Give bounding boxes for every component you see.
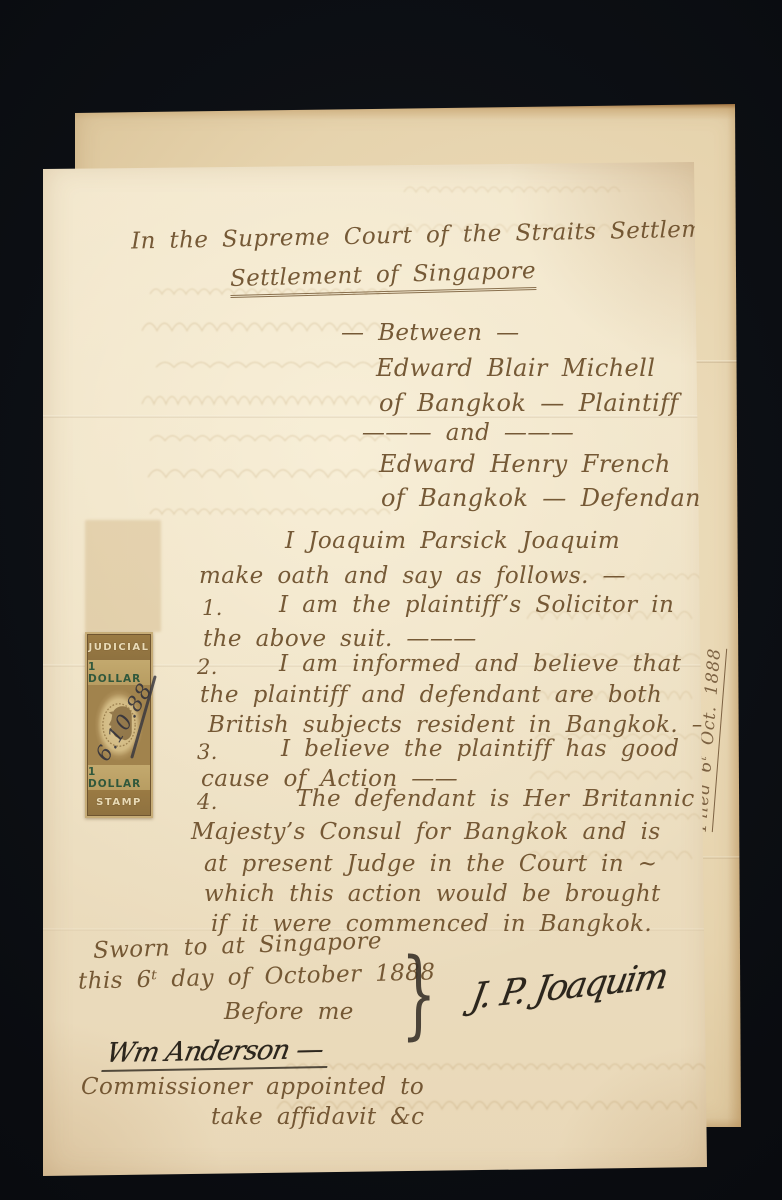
settlement-subtitle-text: Settlement of Singapore bbox=[230, 258, 537, 298]
commissioner-title-line-2: take affidavit &c bbox=[211, 1104, 424, 1130]
stamp-denomination-bottom: 1 DOLLAR bbox=[88, 765, 150, 790]
commissioner-signature: Wm Anderson — bbox=[101, 1034, 334, 1072]
clause-2-line-2: the plaintiff and defendant are both bbox=[200, 682, 662, 708]
clause-4-line-1: The defendant is Her Britannic bbox=[296, 786, 695, 812]
stain-mark bbox=[85, 520, 161, 632]
jurat-line-3: Before me bbox=[224, 999, 354, 1025]
clause-2-line-1: I am informed and believe that bbox=[279, 651, 681, 677]
judicial-revenue-stamp: JUDICIAL 1 DOLLAR 1 DOLLAR STAMP 6.10.88 bbox=[85, 632, 153, 818]
deponent-signature: J. P. Joaquim bbox=[468, 956, 670, 1017]
clause-number-1: 1. bbox=[202, 596, 223, 620]
clause-number-2: 2. bbox=[197, 655, 218, 679]
and-separator: ——— and ——— bbox=[239, 420, 697, 446]
plaintiff-name: Edward Blair Michell bbox=[376, 354, 655, 382]
clause-1-line-2: the above suit. ——— bbox=[203, 626, 477, 652]
clause-1-line-1: I am the plaintiff’s Solicitor in bbox=[279, 592, 674, 618]
bleedthrough-ghost-writing bbox=[143, 282, 393, 522]
between-label: — Between — bbox=[341, 320, 520, 346]
jurat-line-1: Sworn to at Singapore bbox=[93, 928, 383, 964]
jurat-brace: } bbox=[401, 937, 437, 1050]
clause-4-line-3: at present Judge in the Court in ~ bbox=[204, 851, 657, 877]
clause-3-line-1: I believe the plaintiff has good bbox=[281, 736, 679, 762]
commissioner-title-line-1: Commissioner appointed to bbox=[81, 1074, 424, 1100]
clause-number-4: 4. bbox=[197, 790, 218, 814]
oath-intro-line2: make oath and say as follows. — bbox=[199, 563, 626, 589]
clause-4-line-2: Majesty’s Consul for Bangkok and is bbox=[191, 819, 661, 845]
defendant-name: Edward Henry French bbox=[379, 450, 671, 478]
clause-4-line-4: which this action would be brought bbox=[204, 881, 661, 907]
clause-number-3: 3. bbox=[197, 740, 218, 764]
jurat-line-2: this 6ᵗ day of October 1888 bbox=[78, 959, 436, 994]
settlement-subtitle: Settlement of Singapore bbox=[213, 258, 554, 293]
plaintiff-description: of Bangkok — Plaintiff bbox=[379, 389, 679, 417]
stamp-stamp-label: STAMP bbox=[88, 790, 150, 815]
defendant-description: of Bangkok — Defendant bbox=[381, 484, 711, 512]
clause-2-line-3: British subjects resident in Bangkok. — bbox=[208, 712, 715, 738]
oath-intro-line1: I Joaquim Parsick Joaquim bbox=[285, 528, 620, 554]
court-title: In the Supreme Court of the Straits Sett… bbox=[131, 215, 755, 254]
affidavit-page: In the Supreme Court of the Straits Sett… bbox=[43, 162, 711, 1178]
stamp-judicial-label: JUDICIAL bbox=[88, 635, 150, 660]
